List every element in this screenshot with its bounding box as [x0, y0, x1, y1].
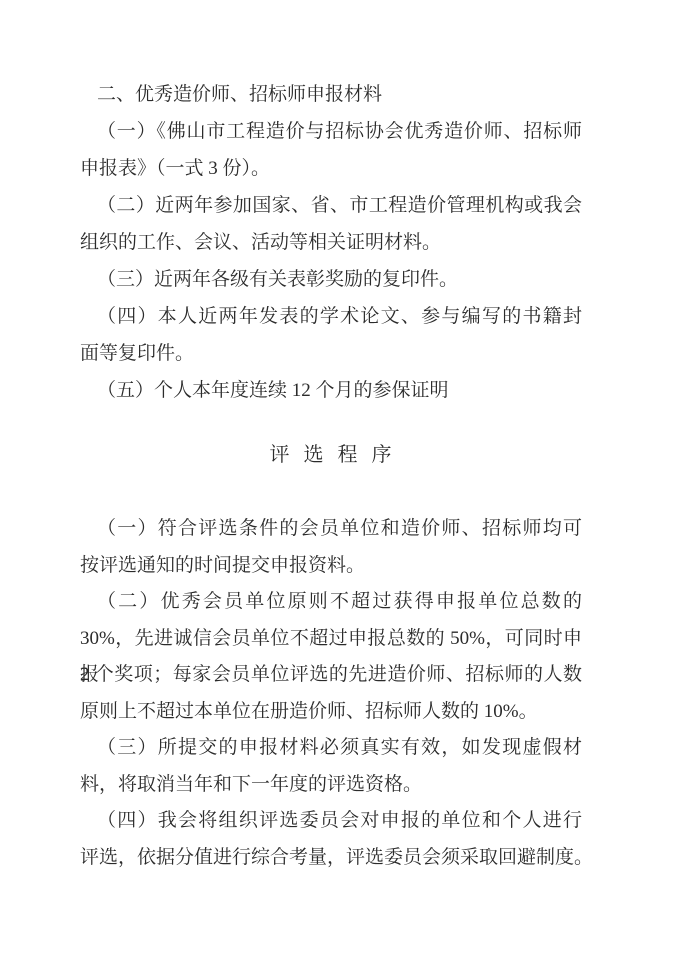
- text-line: 二、优秀造价师、招标师申报材料: [80, 76, 582, 113]
- text-line: 申报表》（一式 3 份）。: [80, 150, 582, 187]
- text-line: （一）符合评选条件的会员单位和造价师、招标师均可: [80, 511, 582, 548]
- text-line: 2 个奖项；每家会员单位评选的先进造价师、招标师的人数: [80, 657, 582, 694]
- text-line: （四）本人近两年发表的学术论文、参与编写的书籍封: [80, 298, 582, 335]
- text-line: （一）《佛山市工程造价与招标协会优秀造价师、招标师: [80, 113, 582, 150]
- section-materials: 二、优秀造价师、招标师申报材料 （一）《佛山市工程造价与招标协会优秀造价师、招标…: [80, 76, 582, 409]
- text-line: 评选，依据分值进行综合考量，评选委员会须采取回避制度。: [80, 840, 582, 877]
- document-page: 二、优秀造价师、招标师申报材料 （一）《佛山市工程造价与招标协会优秀造价师、招标…: [0, 0, 680, 964]
- text-line: 面等复印件。: [80, 335, 582, 372]
- text-line: 30%，先进诚信会员单位不超过申报总数的 50%，可同时申报: [80, 621, 582, 658]
- text-line: 组织的工作、会议、活动等相关证明材料。: [80, 224, 582, 261]
- text-line: （五）个人本年度连续 12 个月的参保证明: [80, 372, 582, 409]
- section-procedure: （一）符合评选条件的会员单位和造价师、招标师均可 按评选通知的时间提交申报资料。…: [80, 511, 582, 876]
- document-body: 二、优秀造价师、招标师申报材料 （一）《佛山市工程造价与招标协会优秀造价师、招标…: [80, 76, 582, 876]
- text-line: （二）优秀会员单位原则不超过获得申报单位总数的: [80, 584, 582, 621]
- text-line: （四）我会将组织评选委员会对申报的单位和个人进行: [80, 803, 582, 840]
- text-line: 按评选通知的时间提交申报资料。: [80, 548, 582, 585]
- text-line: 料，将取消当年和下一年度的评选资格。: [80, 767, 582, 804]
- text-line: 原则上不超过本单位在册造价师、招标师人数的 10%。: [80, 694, 582, 731]
- text-line: （二）近两年参加国家、省、市工程造价管理机构或我会: [80, 187, 582, 224]
- text-line: （三）所提交的申报材料必须真实有效，如发现虚假材: [80, 730, 582, 767]
- text-line: （三）近两年各级有关表彰奖励的复印件。: [80, 261, 582, 298]
- section-heading-procedure: 评 选 程 序: [80, 436, 582, 474]
